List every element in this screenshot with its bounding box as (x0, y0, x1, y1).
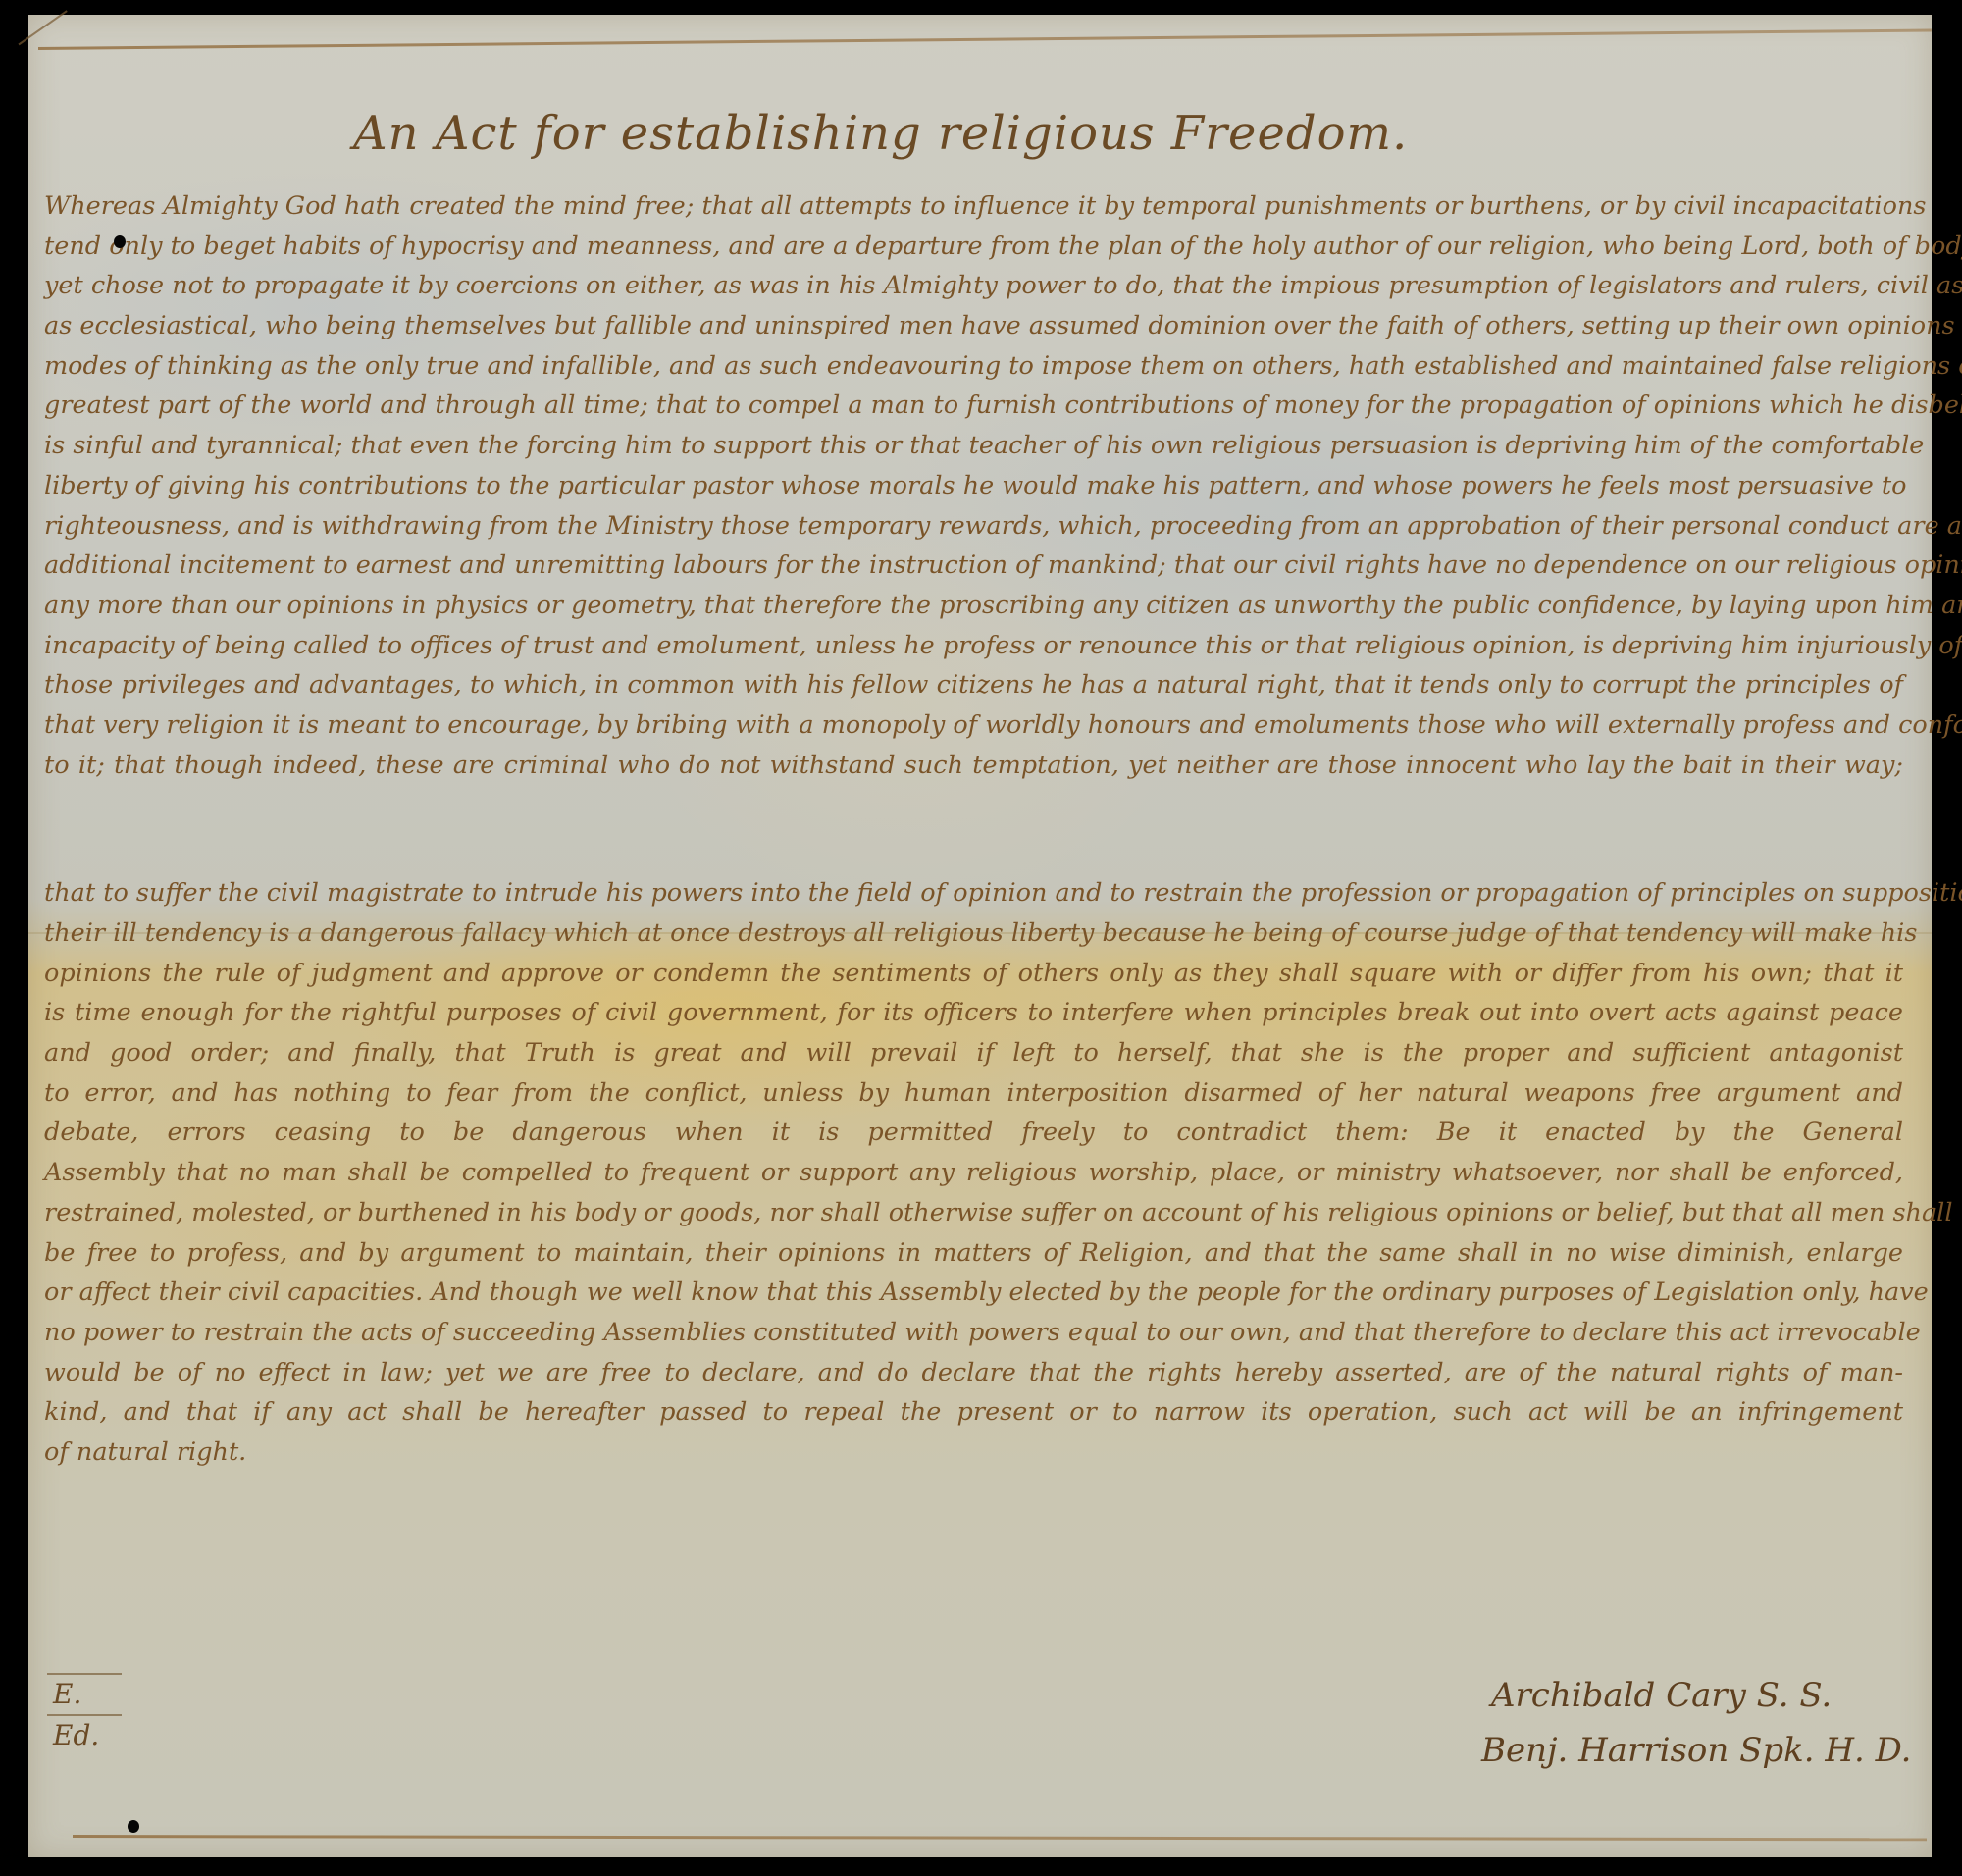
body-line: Whereas Almighty God hath created the mi… (44, 186, 1903, 227)
body-line: additional incitement to earnest and unr… (44, 546, 1903, 586)
body-line: as ecclesiastical, who being themselves … (44, 306, 1903, 346)
body-line: to it; that though indeed, these are cri… (44, 746, 1903, 786)
body-line: that very religion it is meant to encour… (44, 705, 1903, 746)
binding-hole (114, 235, 126, 248)
body-line: is time enough for the rightful purposes… (44, 993, 1903, 1033)
bottom-ruled-line (73, 1835, 1927, 1841)
body-line: of natural right. (44, 1433, 1903, 1473)
binding-hole (128, 1820, 139, 1833)
body-line: their ill tendency is a dangerous fallac… (44, 913, 1903, 954)
body-line: that to suffer the civil magistrate to i… (44, 873, 1903, 913)
body-line: would be of no effect in law; yet we are… (44, 1353, 1903, 1393)
signature-speaker-house: Benj. Harrison Spk. H. D. (1481, 1723, 1911, 1778)
act-body: Whereas Almighty God hath created the mi… (44, 186, 1903, 1473)
body-line: Assembly that no man shall be compelled … (44, 1153, 1903, 1193)
body-line: be free to profess, and by argument to m… (44, 1233, 1903, 1274)
body-line: righteousness, and is withdrawing from t… (44, 506, 1903, 547)
margin-notes: E. Ed. (47, 1673, 122, 1755)
body-line: is sinful and tyrannical; that even the … (44, 426, 1903, 466)
body-line: yet chose not to propagate it by coercio… (44, 266, 1903, 306)
body-line: greatest part of the world and through a… (44, 386, 1903, 426)
body-line: no power to restrain the acts of succeed… (44, 1313, 1903, 1353)
body-line: or affect their civil capacities. And th… (44, 1273, 1903, 1313)
body-line: restrained, molested, or burthened in hi… (44, 1193, 1903, 1233)
body-line: those privileges and advantages, to whic… (44, 665, 1903, 705)
body-line: to error, and has nothing to fear from t… (44, 1073, 1903, 1114)
body-line: any more than our opinions in physics or… (44, 586, 1903, 626)
body-line: opinions the rule of judgment and approv… (44, 954, 1903, 994)
document-title: An Act for establishing religious Freedo… (353, 106, 1334, 161)
body-line: liberty of giving his contributions to t… (44, 466, 1903, 506)
margin-note: E. (47, 1673, 122, 1714)
signature-block: Archibald Cary S. S. Benj. Harrison Spk.… (1481, 1668, 1911, 1778)
fold-gap (44, 785, 1903, 873)
body-line: kind, and that if any act shall be herea… (44, 1392, 1903, 1433)
body-line: tend only to beget habits of hypocrisy a… (44, 227, 1903, 267)
top-ruled-line (38, 28, 1932, 50)
body-line: and good order; and finally, that Truth … (44, 1033, 1903, 1073)
body-line: debate, errors ceasing to be dangerous w… (44, 1113, 1903, 1153)
signature-speaker-senate: Archibald Cary S. S. (1491, 1668, 1911, 1723)
body-line: modes of thinking as the only true and i… (44, 346, 1903, 387)
body-line: incapacity of being called to offices of… (44, 626, 1903, 666)
margin-note: Ed. (47, 1714, 122, 1755)
